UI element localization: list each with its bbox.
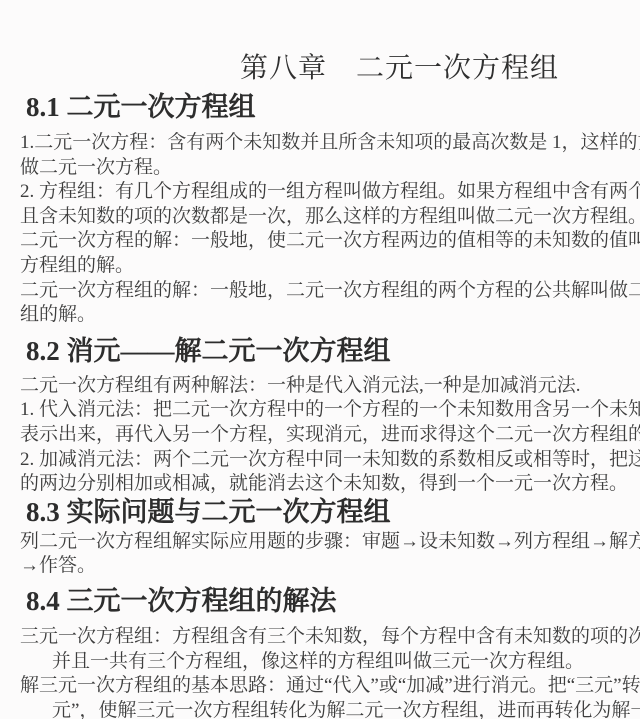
section-body-8-2: 二元一次方程组有两种解法：一种是代入消元法,一种是加减消元法. 1. 代入消元法… — [20, 374, 640, 497]
section-body-8-1: 1.二元一次方程：含有两个未知数并且所含未知项的最高次数是 1，这样的方程叫 做… — [20, 131, 640, 328]
section-heading-8-2: 8.2 消元——解二元一次方程组 — [26, 336, 640, 366]
text-line: 且含未知数的项的次数都是一次，那么这样的方程组叫做二元一次方程组。 — [20, 205, 640, 230]
text-line: 1. 代入消元法：把二元一次方程中的一个方程的一个未知数用含另一个未知数的式子 — [20, 398, 640, 423]
section-body-8-4: 三元一次方程组：方程组含有三个未知数，每个方程中含有未知数的项的次数都是一次 并… — [20, 625, 640, 719]
text-line: 方程组的解。 — [20, 254, 640, 279]
section-heading-8-1: 8.1 二元一次方程组 — [26, 92, 640, 122]
text-line: 1.二元一次方程：含有两个未知数并且所含未知项的最高次数是 1，这样的方程叫 — [20, 131, 640, 156]
chapter-title: 第八章 二元一次方程组 — [240, 52, 640, 86]
text-line: 二元一次方程组的解：一般地，二元一次方程组的两个方程的公共解叫做二元一次方程 — [20, 279, 640, 304]
text-line: 元”，使解三元一次方程组转化为解二元一次方程组，进而再转化为解一元一次方程。 — [20, 699, 640, 719]
text-line: 二元一次方程的解：一般地，使二元一次方程两边的值相等的未知数的值叫做二元一次 — [20, 229, 640, 254]
text-line: 解三元一次方程组的基本思路：通过“代入”或“加减”进行消元。把“三元”转化 — [20, 674, 640, 699]
section-heading-8-4: 8.4 三元一次方程组的解法 — [26, 586, 640, 616]
text-line: 列二元一次方程组解实际应用题的步骤：审题→设未知数→列方程组→解方程组→检验 — [20, 530, 640, 555]
text-line: 2. 加减消元法：两个二元一次方程中同一未知数的系数相反或相等时，把这两个方程 — [20, 448, 640, 473]
text-line: 三元一次方程组：方程组含有三个未知数，每个方程中含有未知数的项的次数都是一次 — [20, 625, 640, 650]
text-line: 的两边分别相加或相减，就能消去这个未知数，得到一个一元一次方程。 — [20, 472, 640, 497]
section-heading-8-3: 8.3 实际问题与二元一次方程组 — [26, 497, 640, 527]
text-line: 表示出来，再代入另一个方程，实现消元，进而求得这个二元一次方程组的解。 — [20, 423, 640, 448]
text-line: 并且一共有三个方程组，像这样的方程组叫做三元一次方程组。 — [20, 650, 640, 675]
section-body-8-3: 列二元一次方程组解实际应用题的步骤：审题→设未知数→列方程组→解方程组→检验 →… — [20, 530, 640, 579]
text-line: 做二元一次方程。 — [20, 156, 640, 181]
text-line: →作答。 — [20, 554, 640, 579]
text-line: 2. 方程组：有几个方程组成的一组方程叫做方程组。如果方程组中含有两个未知数 — [20, 180, 640, 205]
text-line: 二元一次方程组有两种解法：一种是代入消元法,一种是加减消元法. — [20, 374, 640, 399]
text-line: 组的解。 — [20, 303, 640, 328]
document-page: 第八章 二元一次方程组 8.1 二元一次方程组 1.二元一次方程：含有两个未知数… — [0, 0, 640, 719]
